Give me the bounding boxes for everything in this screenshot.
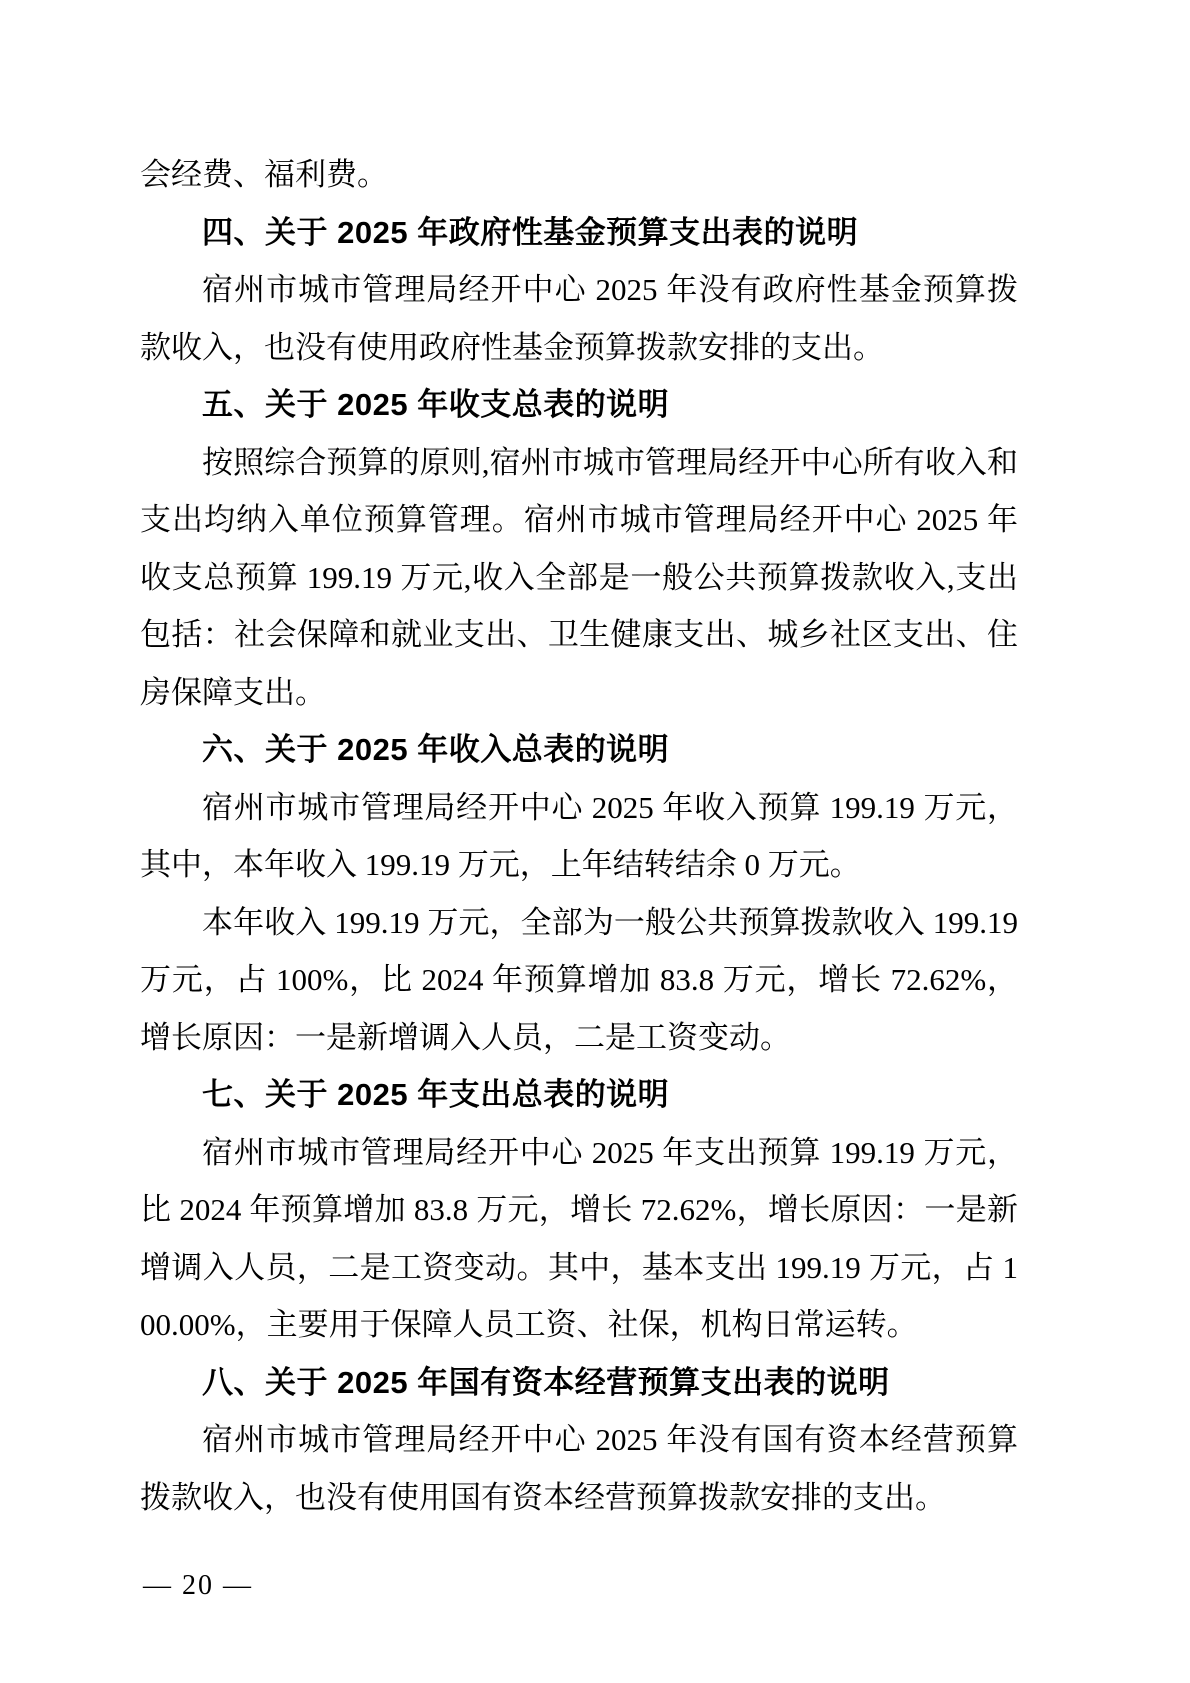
section-6-heading: 六、关于 2025 年收入总表的说明: [140, 721, 1018, 779]
section-5-heading: 五、关于 2025 年收支总表的说明: [140, 376, 1018, 434]
document-body: 会经费、福利费。 四、关于 2025 年政府性基金预算支出表的说明 宿州市城市管…: [140, 146, 1018, 1526]
section-8-heading: 八、关于 2025 年国有资本经营预算支出表的说明: [140, 1354, 1018, 1412]
page-number: — 20 —: [143, 1570, 253, 1601]
section-6-paragraph-2: 本年收入 199.19 万元，全部为一般公共预算拨款收入 199.19 万元，占…: [140, 894, 1018, 1067]
section-6-paragraph-1: 宿州市城市管理局经开中心 2025 年收入预算 199.19 万元，其中，本年收…: [140, 779, 1018, 894]
section-4-heading: 四、关于 2025 年政府性基金预算支出表的说明: [140, 204, 1018, 262]
section-4-paragraph: 宿州市城市管理局经开中心 2025 年没有政府性基金预算拨款收入，也没有使用政府…: [140, 261, 1018, 376]
document-page: 会经费、福利费。 四、关于 2025 年政府性基金预算支出表的说明 宿州市城市管…: [0, 0, 1190, 1683]
section-7-paragraph: 宿州市城市管理局经开中心 2025 年支出预算 199.19 万元，比 2024…: [140, 1124, 1018, 1354]
section-8-paragraph: 宿州市城市管理局经开中心 2025 年没有国有资本经营预算拨款收入，也没有使用国…: [140, 1411, 1018, 1526]
page-footer: — 20 —: [143, 1566, 253, 1606]
section-7-heading: 七、关于 2025 年支出总表的说明: [140, 1066, 1018, 1124]
continuation-paragraph: 会经费、福利费。: [140, 146, 1018, 204]
section-5-paragraph: 按照综合预算的原则,宿州市城市管理局经开中心所有收入和支出均纳入单位预算管理。宿…: [140, 434, 1018, 722]
